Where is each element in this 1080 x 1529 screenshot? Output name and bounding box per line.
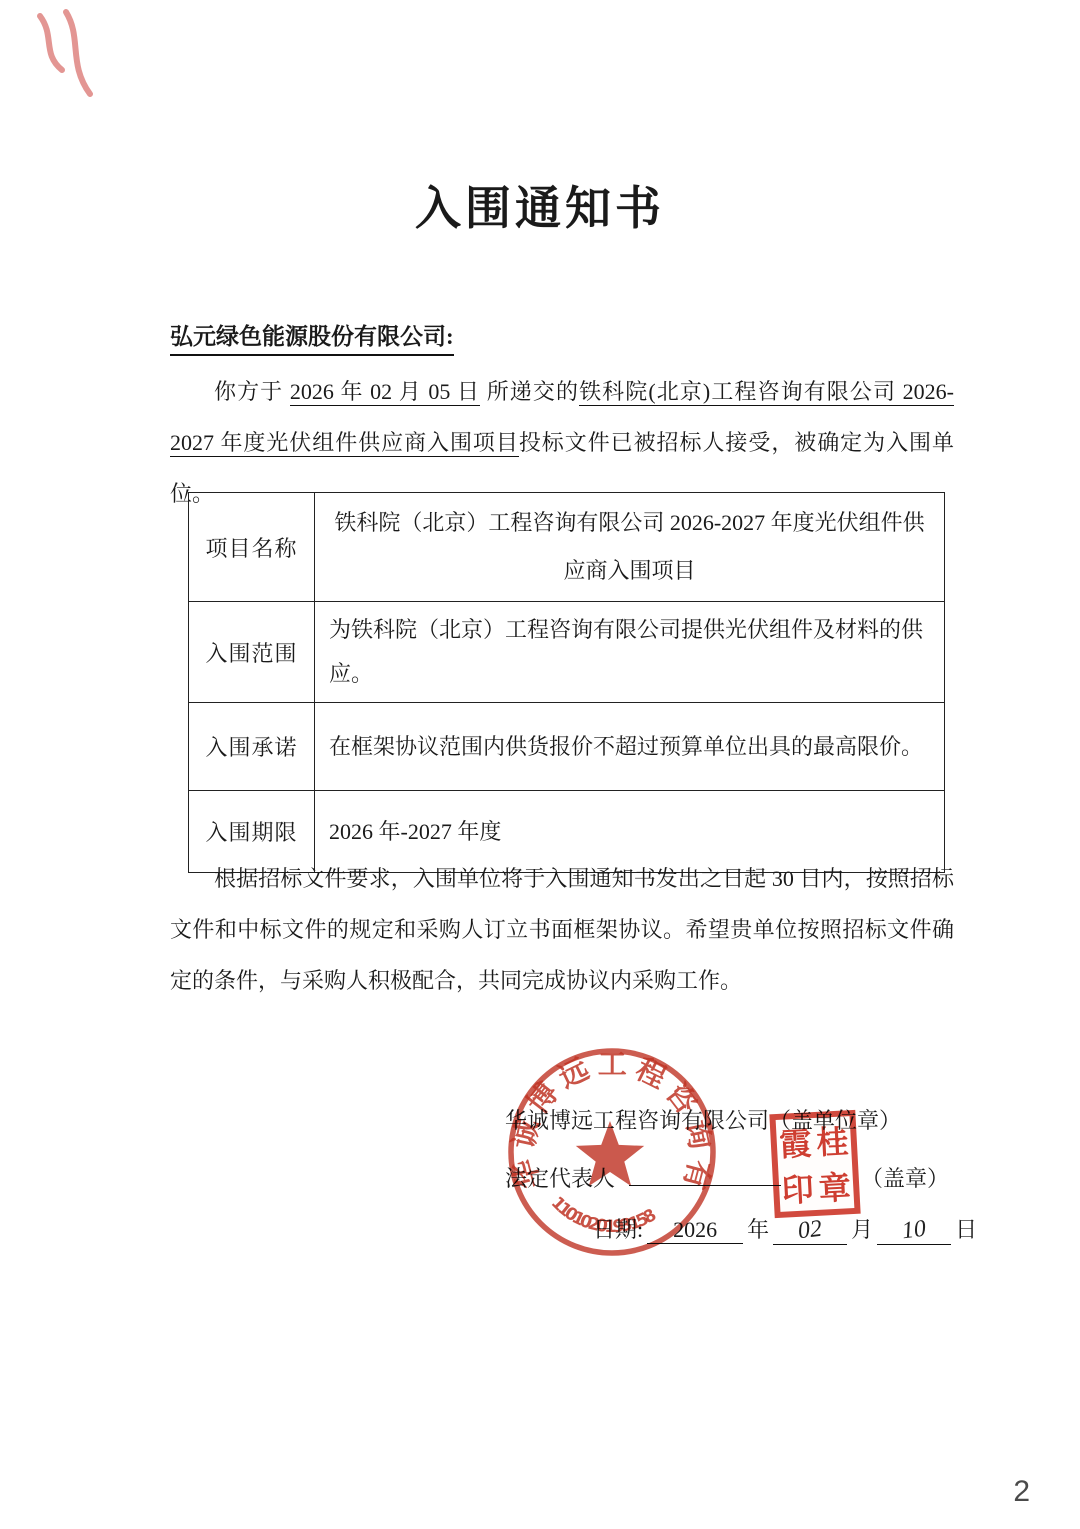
signature-block: 华诚博远工程咨询有限公司（盖单位章） 法定代表人（盖章） 日期:2026年02月… — [505, 1104, 955, 1245]
row-label: 入围范围 — [189, 602, 315, 703]
date-line: 日期:2026年02月10日 — [505, 1213, 955, 1245]
seal-char: 印 — [781, 1164, 815, 1212]
date-day: 10 — [877, 1217, 951, 1245]
para1-mid: 所递交的 — [480, 379, 579, 404]
recipient-line: 弘元绿色能源股份有限公司: — [170, 318, 454, 356]
row-value: 在框架协议范围内供货报价不超过预算单位出具的最高限价。 — [315, 703, 945, 791]
date-month: 02 — [773, 1217, 847, 1245]
legal-rep-line: 法定代表人（盖章） — [505, 1162, 955, 1193]
table-row: 项目名称 铁科院（北京）工程咨询有限公司 2026-2027 年度光伏组件供应商… — [189, 493, 945, 602]
date-year: 2026 — [647, 1217, 743, 1244]
company-seal-line: 华诚博远工程咨询有限公司（盖单位章） — [505, 1104, 955, 1135]
document-page: 入围通知书 弘元绿色能源股份有限公司: 你方于 2026 年 02 月 05 日… — [0, 0, 1080, 1529]
personal-name-seal: 霞 桂 印 章 — [769, 1110, 860, 1218]
seal-note: （盖章） — [861, 1166, 949, 1191]
legal-rep-label: 法定代表人 — [505, 1166, 615, 1191]
body-paragraph-2: 根据招标文件要求，入围单位将于入围通知书发出之日起 30 日内，按照招标文件和中… — [170, 853, 954, 1006]
row-value: 为铁科院（北京）工程咨询有限公司提供光伏组件及材料的供应。 — [315, 602, 945, 703]
row-value: 铁科院（北京）工程咨询有限公司 2026-2027 年度光伏组件供应商入围项目 — [315, 493, 945, 602]
submission-date-underlined: 2026 年 02 月 05 日 — [290, 379, 480, 406]
table-row: 入围承诺 在框架协议范围内供货报价不超过预算单位出具的最高限价。 — [189, 703, 945, 791]
legal-rep-signature-line — [629, 1162, 781, 1186]
year-unit: 年 — [747, 1217, 769, 1242]
month-unit: 月 — [851, 1217, 873, 1242]
page-number: 2 — [1013, 1475, 1030, 1509]
table-row: 入围范围 为铁科院（北京）工程咨询有限公司提供光伏组件及材料的供应。 — [189, 602, 945, 703]
date-label: 日期: — [593, 1217, 643, 1242]
day-unit: 日 — [955, 1217, 977, 1242]
seal-char: 霞 — [778, 1118, 812, 1166]
row-label: 入围承诺 — [189, 703, 315, 791]
handwritten-month: 02 — [797, 1216, 824, 1246]
page-title: 入围通知书 — [0, 172, 1080, 238]
handwritten-day: 10 — [901, 1216, 928, 1246]
seal-char: 章 — [817, 1162, 851, 1210]
para1-prefix: 你方于 — [214, 379, 290, 404]
seal-char: 桂 — [815, 1116, 849, 1164]
row-label: 项目名称 — [189, 493, 315, 602]
notice-table: 项目名称 铁科院（北京）工程咨询有限公司 2026-2027 年度光伏组件供应商… — [188, 492, 945, 873]
